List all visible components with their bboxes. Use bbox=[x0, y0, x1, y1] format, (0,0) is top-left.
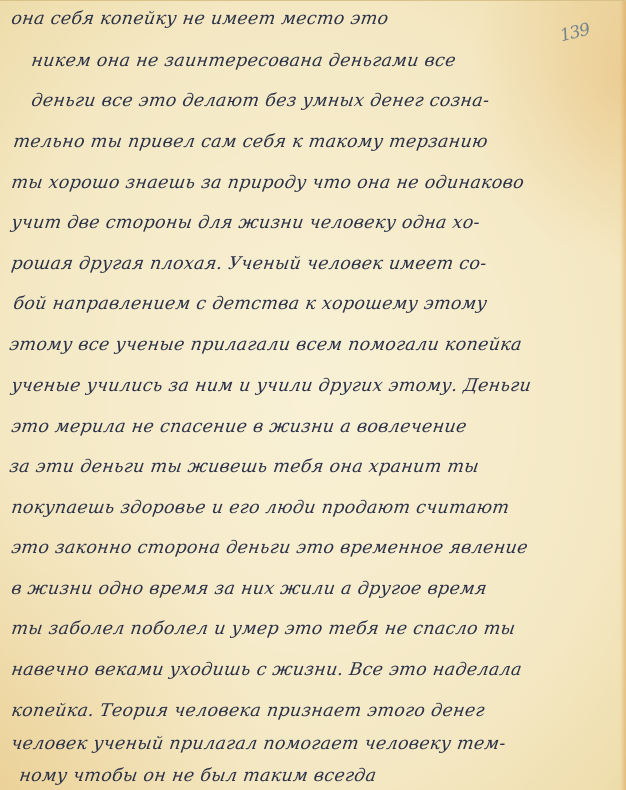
text-line: рошая другая плохая. Ученый человек имее… bbox=[10, 254, 488, 274]
text-line: в жизни одно время за них жили а другое … bbox=[10, 579, 488, 599]
text-line: человек ученый прилагал помогает человек… bbox=[10, 734, 507, 754]
page-number: 139 bbox=[558, 20, 591, 47]
text-line: никем она не заинтересована деньгами все bbox=[30, 51, 457, 71]
text-line: это мерила не спасение в жизни а вовлече… bbox=[10, 417, 468, 437]
text-line: ученые учились за ним и учили других это… bbox=[10, 376, 533, 396]
text-line: бой направлением с детства к хорошему эт… bbox=[12, 294, 488, 314]
text-line: это законно сторона деньги это временное… bbox=[10, 538, 529, 558]
text-line: деньги все это делают без умных денег со… bbox=[30, 91, 491, 111]
text-line: ты хорошо знаешь за природу что она не о… bbox=[10, 173, 525, 193]
text-line: учит две стороны для жизни человеку одна… bbox=[10, 213, 481, 233]
text-line: этому все ученые прилагали всем помогали… bbox=[8, 335, 523, 355]
text-line: тельно ты привел сам себя к такому терза… bbox=[12, 132, 489, 152]
text-line: ты заболел поболел и умер это тебя не сп… bbox=[10, 619, 517, 639]
text-line: она себя копейку не имеет место это bbox=[10, 9, 390, 29]
text-line: за эти деньги ты живешь тебя она хранит … bbox=[8, 457, 480, 477]
text-line: ному чтобы он не был таким всегда bbox=[18, 766, 378, 786]
text-line: навечно веками уходишь с жизни. Все это … bbox=[10, 660, 523, 680]
text-line: копейка. Теория человека признает этого … bbox=[10, 701, 486, 721]
text-line: покупаешь здоровье и его люди продают сч… bbox=[10, 498, 511, 518]
manuscript-page: 139 она себя копейку не имеет место это … bbox=[0, 0, 626, 790]
